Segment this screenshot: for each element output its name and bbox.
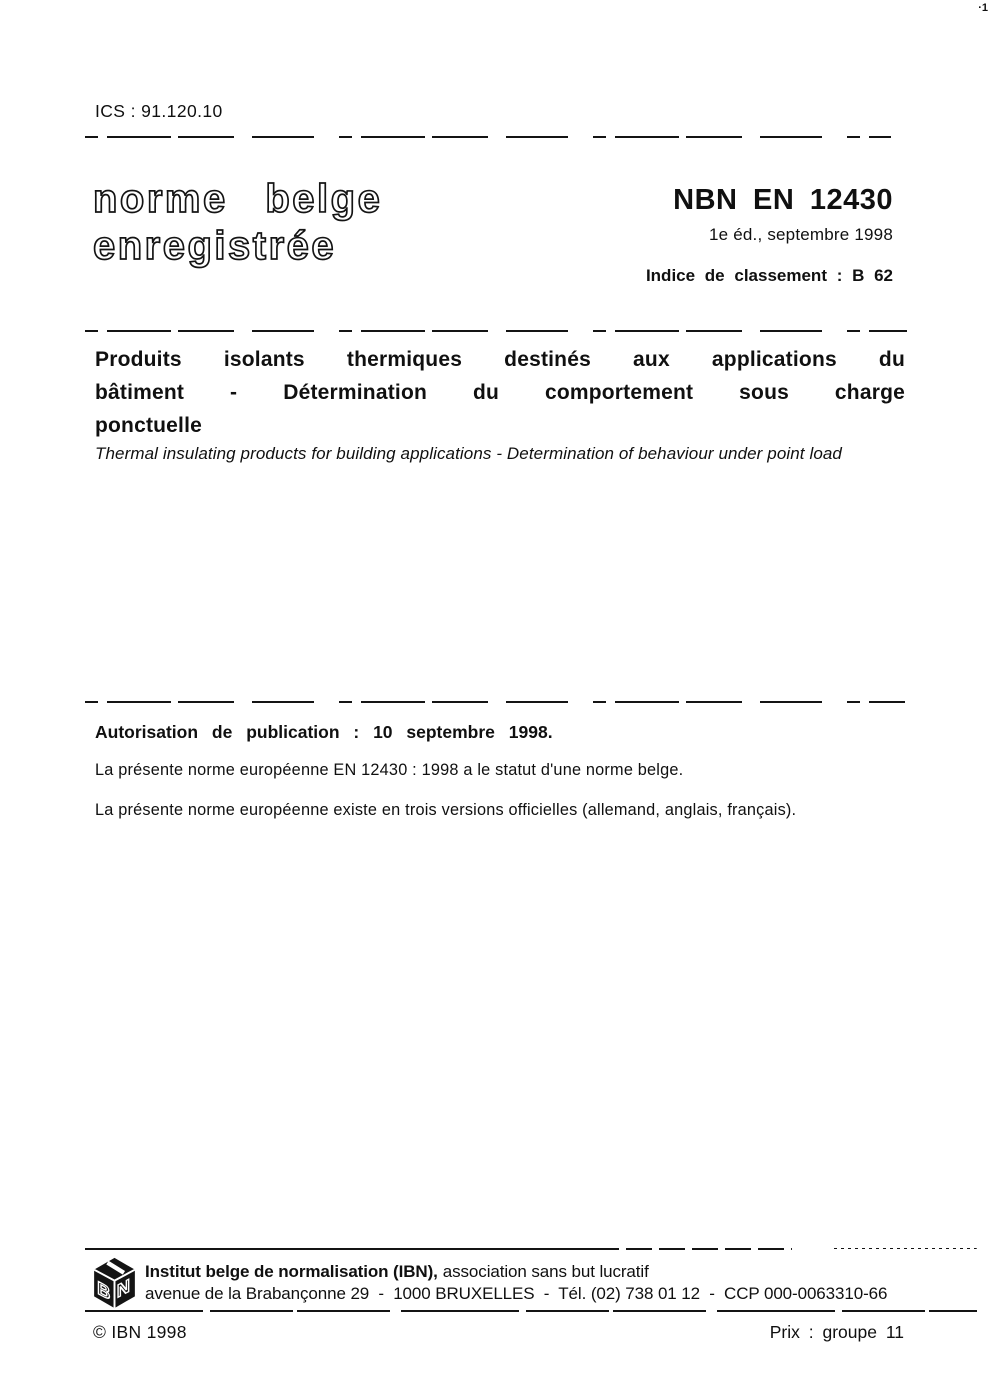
title-english: Thermal insulating products for building… [95, 444, 935, 464]
separator-rule-publication [85, 701, 905, 703]
page-corner-mark: ·1 [978, 2, 988, 14]
ibn-cube-logo: B N [91, 1257, 138, 1309]
footer-rule-top [85, 1248, 977, 1251]
standard-identification-block: NBN EN 12430 1e éd., septembre 1998 Indi… [646, 186, 893, 286]
document-type-outline-title: norme belge enregistrée [93, 176, 382, 270]
title-french-line-3: ponctuelle [95, 409, 905, 442]
publication-authorization: Autorisation de publication : 10 septemb… [95, 722, 553, 743]
institute-line: Institut belge de normalisation (IBN),as… [145, 1262, 649, 1282]
title-french: Produits isolants thermiques destinés au… [95, 343, 905, 442]
institute-name: Institut belge de normalisation (IBN), [145, 1262, 438, 1281]
edition-date: 1e éd., septembre 1998 [646, 225, 893, 245]
document-type-line-2: enregistrée [93, 223, 382, 270]
separator-rule-title [85, 330, 907, 332]
classification-index: Indice de classement : B 62 [646, 266, 893, 286]
institute-address: avenue de la Brabançonne 29 - 1000 BRUXE… [145, 1284, 887, 1304]
standard-number: NBN EN 12430 [646, 186, 893, 214]
price-group: Prix : groupe 11 [770, 1322, 904, 1343]
footer-rule-bottom [85, 1310, 977, 1312]
document-type-line-1: norme belge [93, 176, 382, 223]
status-note: La présente norme européenne EN 12430 : … [95, 761, 683, 780]
separator-rule-top [85, 136, 891, 138]
title-french-line-1: Produits isolants thermiques destinés au… [95, 343, 905, 376]
scanned-standard-cover-page: ·1 ICS : 91.120.10 norme belge enregistr… [0, 0, 994, 1397]
ics-code: ICS : 91.120.10 [95, 101, 223, 122]
institute-description: association sans but lucratif [443, 1262, 649, 1281]
versions-note: La présente norme européenne existe en t… [95, 801, 796, 820]
copyright-notice: © IBN 1998 [93, 1322, 187, 1343]
title-french-line-2: bâtiment - Détermination du comportement… [95, 376, 905, 409]
